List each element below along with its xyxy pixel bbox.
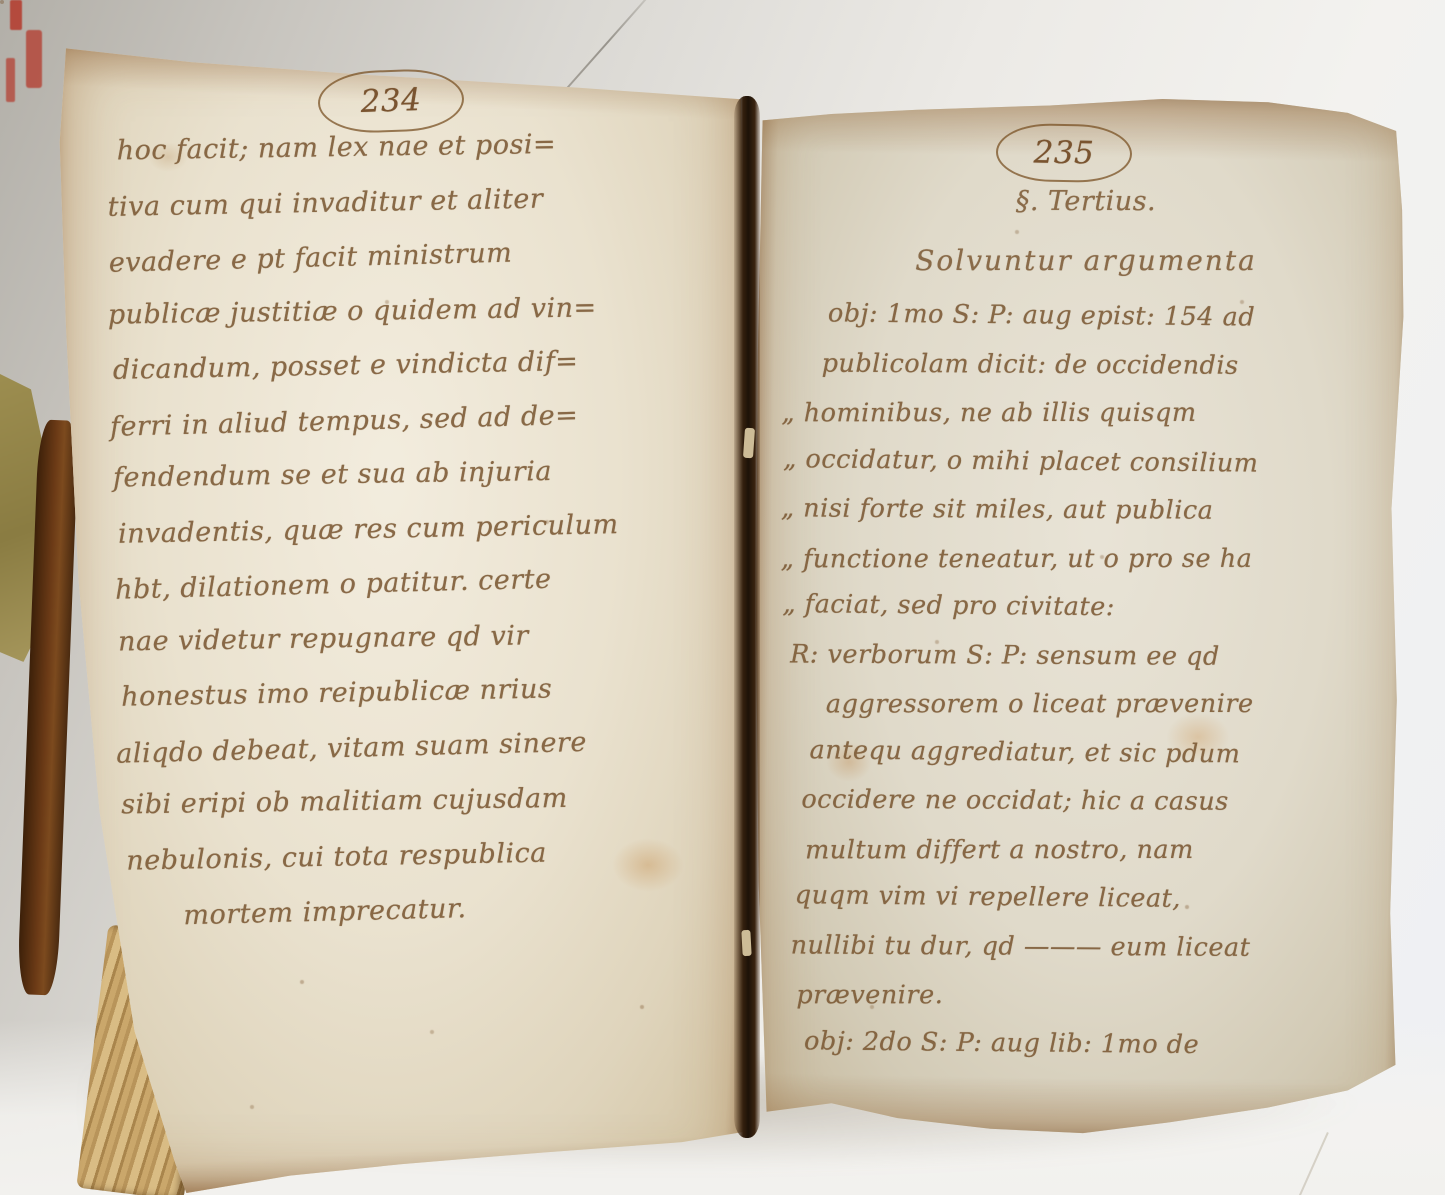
foxing-specks [0, 0, 4, 4]
manuscript-line: prævenire. [796, 971, 1390, 1020]
book-gutter [734, 96, 760, 1138]
red-artifact-mark [10, 0, 22, 30]
manuscript-line: obj: 2do S: P: aug lib: 1mo de [804, 1017, 1390, 1071]
manuscript-line: quqm vim vi repellere liceat, [795, 871, 1391, 925]
manuscript-line: occidere ne occidat; hic a casus [801, 776, 1391, 828]
left-page-text: hoc facit; nam lex nae et posi= tiva cum… [104, 114, 734, 943]
manuscript-line: „ faciat, sed pro civitate: [782, 580, 1392, 634]
red-artifact-mark [26, 30, 42, 88]
gutter-sewing-gap [741, 930, 751, 956]
section-subheading: Solvuntur argumenta [780, 244, 1392, 277]
red-artifact-mark [6, 58, 15, 102]
page-number-left: 234 [360, 82, 422, 120]
manuscript-line: „ hominibus, ne ab illis quisqm [781, 389, 1393, 438]
manuscript-line: obj: 1mo S: P: aug epist: 154 ad [828, 289, 1394, 343]
right-page-text: obj: 1mo S: P: aug epist: 154 ad publico… [778, 290, 1394, 1069]
manuscript-line: multum differt a nostro, nam [805, 825, 1391, 874]
manuscript-line: „ occidatur, o mihi placet consilium [783, 435, 1393, 489]
manuscript-line: R: verborum S: P: sensum ee qd [790, 630, 1392, 682]
manuscript-line: antequ aggrediatur, et sic pdum [809, 726, 1391, 780]
manuscript-line: publicolam dicit: de occidendis [822, 339, 1394, 390]
manuscript-line: „ nisi forte sit miles, aut publica [781, 484, 1393, 536]
page-number-cartouche-right: 235 [996, 123, 1133, 183]
page-number-right: 235 [1033, 134, 1094, 171]
section-heading: §. Tertius. [780, 186, 1392, 217]
manuscript-line: nullibi tu dur, qd ——— eum liceat [790, 921, 1390, 973]
manuscript-line: „ functione teneatur, ut o pro se ha [781, 534, 1393, 583]
manuscript-line: aggressorem o liceat prævenire [826, 680, 1392, 729]
gutter-sewing-gap [743, 428, 755, 459]
photo-open-manuscript: 234 hoc facit; nam lex nae et posi= tiva… [0, 0, 1445, 1195]
